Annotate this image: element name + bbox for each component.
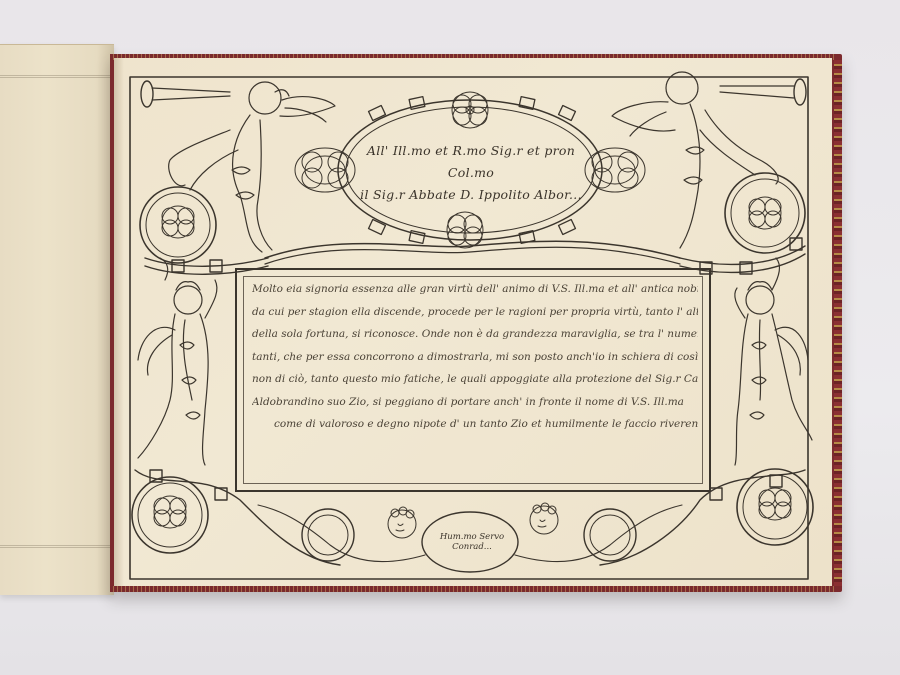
dedication-line: non di ciò, tanto questo mio fatiche, le…: [252, 368, 698, 391]
signature: Hum.mo Servo Conrad...: [424, 532, 520, 552]
medallion-top-right: [725, 173, 805, 253]
medallion-bottom-left: [132, 477, 208, 553]
dedication-line: come di valoroso e degno nipote d' un ta…: [252, 413, 698, 436]
title-line: il Sig.r Abbate D. Ippolito Albor...: [346, 184, 596, 206]
medallion-top-left: [140, 187, 216, 263]
cherub-head-left: [388, 507, 416, 538]
dedication-text: Molto eia signoria essenza alle gran vir…: [252, 278, 698, 436]
dedication-line: da cui per stagion ella discende, proced…: [252, 301, 698, 324]
cherub-head-right: [530, 503, 558, 534]
title-line: All' Ill.mo et R.mo Sig.r et pron Col.mo: [346, 140, 596, 184]
cherub-trumpeter-top-right: [612, 72, 806, 248]
scroll-band: [265, 241, 680, 258]
cherub-standing-right: [735, 258, 812, 465]
dedication-line: della sola fortuna, si riconosce. Onde n…: [252, 323, 698, 346]
medallion-bottom-right: [737, 469, 813, 545]
rosette-top: [452, 92, 488, 128]
title-cartouche: All' Ill.mo et R.mo Sig.r et pron Col.mo…: [346, 140, 596, 200]
rosette-bottom: [447, 212, 483, 248]
dedication-line: tanti, che per essa concorrono a dimostr…: [252, 346, 698, 369]
cherub-standing-left: [138, 258, 217, 465]
dedication-line: Molto eia signoria essenza alle gran vir…: [252, 278, 698, 301]
dedication-line: Aldobrandino suo Zio, si peggiano di por…: [252, 391, 698, 414]
